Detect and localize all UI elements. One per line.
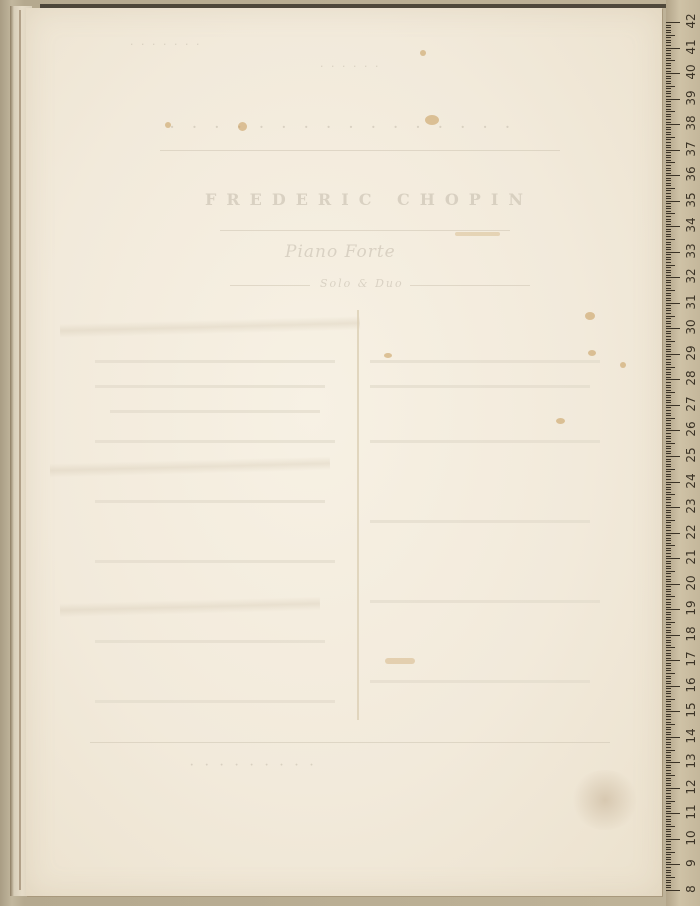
- ruler-tick: [666, 150, 680, 151]
- ruler-tick: [666, 512, 671, 513]
- ruler-tick: [666, 836, 671, 837]
- ruler-tick: [666, 448, 671, 449]
- ruler-tick: [666, 596, 675, 597]
- ruler-tick: [666, 887, 671, 888]
- ghost-bottom-rule: [90, 742, 610, 743]
- ruler-tick: [666, 441, 671, 442]
- ruler-tick: [666, 303, 680, 304]
- ruler-tick: [666, 328, 680, 329]
- ruler-tick: [666, 724, 675, 725]
- ruler-tick: [666, 185, 671, 186]
- ghost-list-line: [370, 440, 600, 443]
- ruler-tick: [666, 872, 671, 873]
- ruler-tick: [666, 706, 671, 707]
- ruler-tick: [666, 93, 671, 94]
- ruler-tick: [666, 744, 671, 745]
- ruler-tick: [666, 640, 671, 641]
- ruler-tick: [666, 635, 680, 636]
- ruler-tick: [666, 415, 671, 416]
- ruler-tick: [666, 591, 671, 592]
- ruler-tick: [666, 50, 671, 51]
- ruler-tick: [666, 880, 671, 881]
- ruler-tick: [666, 55, 671, 56]
- ruler-tick: [666, 497, 671, 498]
- foxing-streak: [385, 658, 415, 664]
- ghost-flourish: [160, 150, 560, 151]
- ruler-tick: [666, 660, 680, 661]
- ruler-tick: [666, 647, 675, 648]
- ruler-tick: [666, 48, 680, 49]
- ruler-tick: [666, 686, 680, 687]
- ruler-tick: [666, 362, 671, 363]
- ruler-tick: [666, 780, 671, 781]
- ruler-tick: [666, 459, 671, 460]
- ruler-label: 33: [684, 240, 698, 262]
- ruler-tick: [666, 688, 671, 689]
- ruler-tick: [666, 88, 671, 89]
- ruler-tick: [666, 658, 671, 659]
- ruler-tick: [666, 280, 671, 281]
- ghost-column-divider: [357, 310, 359, 720]
- ruler-tick: [666, 244, 671, 245]
- ruler-tick: [666, 413, 671, 414]
- ghost-list-line: [370, 520, 590, 523]
- ruler-tick: [666, 617, 671, 618]
- ruler-tick: [666, 430, 680, 431]
- ruler-tick: [666, 502, 671, 503]
- ruler-tick: [666, 859, 671, 860]
- ruler-tick: [666, 479, 671, 480]
- ruler-tick: [666, 877, 675, 878]
- ruler-tick: [666, 482, 680, 483]
- ruler-tick: [666, 732, 671, 733]
- ghost-list-line: [95, 500, 325, 503]
- ruler-label: 17: [684, 648, 698, 670]
- ruler-tick: [666, 673, 675, 674]
- ruler-tick: [666, 96, 671, 97]
- ruler-tick: [666, 619, 671, 620]
- ruler-tick: [666, 165, 671, 166]
- ruler-tick: [666, 540, 671, 541]
- ruler-label: 20: [684, 572, 698, 594]
- ruler-tick: [666, 474, 671, 475]
- ruler-tick: [666, 737, 680, 738]
- ruler-tick: [666, 387, 671, 388]
- ruler-tick: [666, 369, 671, 370]
- ruler-tick: [666, 234, 671, 235]
- ruler-tick: [666, 492, 671, 493]
- ruler-tick: [666, 471, 671, 472]
- ghost-list-line: [95, 385, 325, 388]
- ruler-tick: [666, 180, 671, 181]
- ruler-tick: [666, 91, 671, 92]
- ruler-tick: [666, 35, 675, 36]
- ruler-tick: [666, 535, 671, 536]
- foxing-spot: [588, 350, 596, 356]
- ruler-tick: [666, 622, 675, 623]
- measurement-ruler: 4241403938373635343332313029282726252423…: [666, 0, 700, 906]
- ruler-tick: [666, 326, 671, 327]
- ruler-tick: [666, 852, 675, 853]
- ruler-tick: [666, 282, 671, 283]
- ruler-tick: [666, 216, 671, 217]
- ruler-label: 39: [684, 87, 698, 109]
- ruler-tick: [666, 676, 671, 677]
- ruler-tick: [666, 834, 671, 835]
- ruler-tick: [666, 788, 680, 789]
- ruler-tick: [666, 116, 671, 117]
- ruler-tick: [666, 556, 671, 557]
- ruler-tick: [666, 344, 671, 345]
- ruler-tick: [666, 499, 671, 500]
- ruler-tick: [666, 221, 671, 222]
- ruler-tick: [666, 377, 671, 378]
- ruler-tick: [666, 885, 671, 886]
- ruler-tick: [666, 300, 671, 301]
- ruler-tick: [666, 767, 671, 768]
- ruler-tick: [666, 739, 671, 740]
- ruler-tick: [666, 476, 671, 477]
- ruler-tick: [666, 168, 671, 169]
- ruler-tick: [666, 609, 680, 610]
- ruler-tick: [666, 778, 671, 779]
- ruler-tick: [666, 847, 671, 848]
- ruler-tick: [666, 224, 671, 225]
- ruler-tick: [666, 27, 671, 28]
- ruler-tick: [666, 382, 671, 383]
- ruler-tick: [666, 201, 680, 202]
- ruler-tick: [666, 22, 680, 23]
- ruler-tick: [666, 505, 671, 506]
- ruler-tick: [666, 614, 671, 615]
- ruler-tick: [666, 423, 671, 424]
- binding-fold-line: [19, 10, 21, 890]
- ruler-tick: [666, 25, 671, 26]
- ruler-tick: [666, 642, 671, 643]
- ruler-tick: [666, 58, 671, 59]
- ruler-tick: [666, 78, 671, 79]
- ruler-tick: [666, 71, 671, 72]
- ruler-tick: [666, 691, 671, 692]
- ruler-tick: [666, 857, 671, 858]
- ruler-tick: [666, 484, 671, 485]
- ruler-tick: [666, 229, 671, 230]
- ruler-tick: [666, 722, 671, 723]
- ruler-tick: [666, 806, 671, 807]
- ruler-tick: [666, 106, 671, 107]
- ghost-rule-right: [410, 285, 530, 286]
- ruler-tick: [666, 270, 671, 271]
- ruler-tick: [666, 257, 671, 258]
- ruler-tick: [666, 862, 671, 863]
- ghost-header-line-1: · · · · · · ·: [130, 38, 201, 51]
- ruler-tick: [666, 60, 675, 61]
- ruler-tick: [666, 68, 671, 69]
- ruler-label: 37: [684, 138, 698, 160]
- document-page: [26, 8, 662, 896]
- ruler-label: 35: [684, 189, 698, 211]
- ruler-tick: [666, 699, 675, 700]
- ruler-tick: [666, 392, 675, 393]
- ruler-tick: [666, 573, 671, 574]
- foxing-spot: [238, 122, 247, 131]
- ruler-label: 26: [684, 418, 698, 440]
- ruler-tick: [666, 824, 671, 825]
- ruler-tick: [666, 821, 671, 822]
- ruler-tick: [666, 298, 671, 299]
- ruler-tick: [666, 242, 671, 243]
- ruler-tick: [666, 420, 671, 421]
- ruler-tick: [666, 517, 671, 518]
- ruler-tick: [666, 589, 671, 590]
- ruler-tick: [666, 336, 671, 337]
- ruler-tick: [666, 313, 671, 314]
- ruler-label: 27: [684, 393, 698, 415]
- ruler-label: 30: [684, 316, 698, 338]
- ruler-tick: [666, 624, 671, 625]
- ruler-tick: [666, 668, 671, 669]
- ruler-tick: [666, 637, 671, 638]
- ruler-tick: [666, 632, 671, 633]
- ruler-tick: [666, 405, 680, 406]
- ruler-tick: [666, 109, 671, 110]
- ruler-tick: [666, 494, 675, 495]
- ruler-tick: [666, 395, 671, 396]
- ruler-label: 34: [684, 214, 698, 236]
- ruler-tick: [666, 762, 680, 763]
- ruler-tick: [666, 402, 671, 403]
- ruler-tick: [666, 310, 671, 311]
- ruler-tick: [666, 890, 680, 891]
- ruler-tick: [666, 418, 675, 419]
- ruler-tick: [666, 839, 680, 840]
- ruler-tick: [666, 755, 671, 756]
- ghost-flourish: [220, 230, 510, 231]
- ruler-tick: [666, 568, 671, 569]
- ruler-label: 25: [684, 444, 698, 466]
- ruler-tick: [666, 844, 671, 845]
- ruler-label: 18: [684, 623, 698, 645]
- ruler-tick: [666, 142, 671, 143]
- ruler-tick: [666, 236, 671, 237]
- ruler-tick: [666, 533, 680, 534]
- foxing-streak: [455, 232, 500, 236]
- ruler-tick: [666, 331, 671, 332]
- ruler-tick: [666, 40, 671, 41]
- ruler-tick: [666, 76, 671, 77]
- ruler-tick: [666, 553, 671, 554]
- ruler-tick: [666, 42, 671, 43]
- ruler-tick: [666, 790, 671, 791]
- ruler-tick: [666, 356, 671, 357]
- ruler-tick: [666, 747, 671, 748]
- ruler-tick: [666, 765, 671, 766]
- ruler-tick: [666, 285, 671, 286]
- ruler-tick: [666, 727, 671, 728]
- ruler-tick: [666, 446, 671, 447]
- ruler-tick: [666, 451, 671, 452]
- ghost-list-line: [370, 360, 600, 363]
- ruler-tick: [666, 346, 671, 347]
- ruler-tick: [666, 290, 675, 291]
- ghost-publisher-line: · · · · · · · · ·: [190, 760, 317, 771]
- ruler-tick: [666, 808, 671, 809]
- ruler-tick: [666, 364, 671, 365]
- ruler-tick: [666, 219, 671, 220]
- ruler-tick: [666, 813, 680, 814]
- ruler-tick: [666, 374, 671, 375]
- ruler-label: 29: [684, 342, 698, 364]
- ruler-tick: [666, 831, 671, 832]
- ruler-tick: [666, 803, 671, 804]
- ruler-tick: [666, 645, 671, 646]
- ruler-tick: [666, 594, 671, 595]
- ruler-tick: [666, 252, 680, 253]
- ruler-tick: [666, 293, 671, 294]
- ruler-tick: [666, 683, 671, 684]
- ruler-tick: [666, 719, 671, 720]
- ruler-tick: [666, 693, 671, 694]
- ruler-tick: [666, 410, 671, 411]
- ruler-tick: [666, 147, 671, 148]
- ruler-tick: [666, 793, 671, 794]
- ruler-label: 41: [684, 36, 698, 58]
- ruler-tick: [666, 152, 671, 153]
- ruler-tick: [666, 561, 671, 562]
- ruler-tick: [666, 875, 671, 876]
- ghost-list-line: [370, 600, 600, 603]
- ruler-tick: [666, 530, 671, 531]
- ruler-tick: [666, 275, 671, 276]
- ruler-tick: [666, 775, 675, 776]
- ghost-arrangement: Solo & Duo: [320, 277, 404, 290]
- ruler-label: 38: [684, 112, 698, 134]
- ruler-label: 23: [684, 495, 698, 517]
- ruler-tick: [666, 288, 671, 289]
- ruler-tick: [666, 206, 671, 207]
- ruler-tick: [666, 132, 671, 133]
- ruler-tick: [666, 122, 671, 123]
- ruler-tick: [666, 231, 671, 232]
- ruler-tick: [666, 134, 671, 135]
- water-stain: [570, 770, 640, 830]
- ruler-tick: [666, 571, 675, 572]
- ruler-tick: [666, 341, 675, 342]
- ruler-tick: [666, 543, 671, 544]
- ruler-tick: [666, 349, 671, 350]
- ruler-tick: [666, 354, 680, 355]
- ruler-label: 31: [684, 291, 698, 313]
- ruler-tick: [666, 522, 671, 523]
- ruler-tick: [666, 714, 671, 715]
- ghost-instrument: Piano Forte: [285, 242, 396, 262]
- ruler-tick: [666, 390, 671, 391]
- ruler-tick: [666, 111, 675, 112]
- ruler-label: 19: [684, 597, 698, 619]
- ruler-tick: [666, 265, 675, 266]
- foxing-spot: [620, 362, 626, 368]
- ruler-tick: [666, 566, 671, 567]
- ruler-tick: [666, 550, 671, 551]
- ruler-tick: [666, 864, 680, 865]
- ruler-tick: [666, 785, 671, 786]
- ruler-tick: [666, 599, 671, 600]
- ruler-tick: [666, 45, 671, 46]
- ruler-tick: [666, 849, 671, 850]
- ruler-tick: [666, 538, 671, 539]
- ruler-tick: [666, 841, 671, 842]
- ruler-tick: [666, 385, 671, 386]
- ruler-tick: [666, 239, 675, 240]
- ruler-tick: [666, 701, 671, 702]
- ghost-list-line: [95, 640, 325, 643]
- ruler-tick: [666, 811, 671, 812]
- ruler-tick: [666, 510, 671, 511]
- ruler-tick: [666, 653, 671, 654]
- ghost-list-line: [370, 385, 590, 388]
- ruler-label: 9: [684, 852, 698, 874]
- ruler-label: 15: [684, 699, 698, 721]
- ruler-tick: [666, 193, 671, 194]
- ruler-tick: [666, 783, 671, 784]
- ruler-tick: [666, 262, 671, 263]
- ruler-tick: [666, 104, 671, 105]
- ruler-label: 42: [684, 10, 698, 32]
- ruler-tick: [666, 558, 680, 559]
- ruler-tick: [666, 576, 671, 577]
- ruler-tick: [666, 119, 671, 120]
- ruler-label: 11: [684, 801, 698, 823]
- ruler-label: 28: [684, 367, 698, 389]
- ruler-tick: [666, 213, 675, 214]
- ruler-tick: [666, 854, 671, 855]
- ruler-tick: [666, 178, 671, 179]
- ruler-tick: [666, 379, 680, 380]
- ruler-label: 21: [684, 546, 698, 568]
- ruler-tick: [666, 428, 671, 429]
- ruler-tick: [666, 247, 671, 248]
- ruler-tick: [666, 175, 680, 176]
- ruler-tick: [666, 770, 671, 771]
- ruler-tick: [666, 612, 671, 613]
- ruler-tick: [666, 882, 671, 883]
- ghost-list-line: [110, 410, 320, 413]
- ruler-tick: [666, 295, 671, 296]
- ruler-tick: [666, 318, 671, 319]
- ruler-tick: [666, 819, 671, 820]
- ruler-tick: [666, 801, 675, 802]
- ruler-tick: [666, 433, 671, 434]
- ruler-tick: [666, 829, 671, 830]
- ruler-tick: [666, 254, 671, 255]
- ruler-tick: [666, 525, 671, 526]
- foxing-spot: [165, 122, 171, 128]
- ruler-tick: [666, 173, 671, 174]
- ruler-tick: [666, 548, 671, 549]
- ruler-tick: [666, 489, 671, 490]
- ruler-tick: [666, 655, 671, 656]
- ruler-tick: [666, 711, 680, 712]
- ruler-tick: [666, 602, 671, 603]
- ruler-tick: [666, 716, 671, 717]
- ruler-tick: [666, 83, 671, 84]
- ruler-tick: [666, 114, 671, 115]
- ruler-tick: [666, 124, 680, 125]
- ruler-tick: [666, 453, 671, 454]
- ruler-tick: [666, 436, 671, 437]
- ruler-tick: [666, 188, 675, 189]
- ruler-tick: [666, 259, 671, 260]
